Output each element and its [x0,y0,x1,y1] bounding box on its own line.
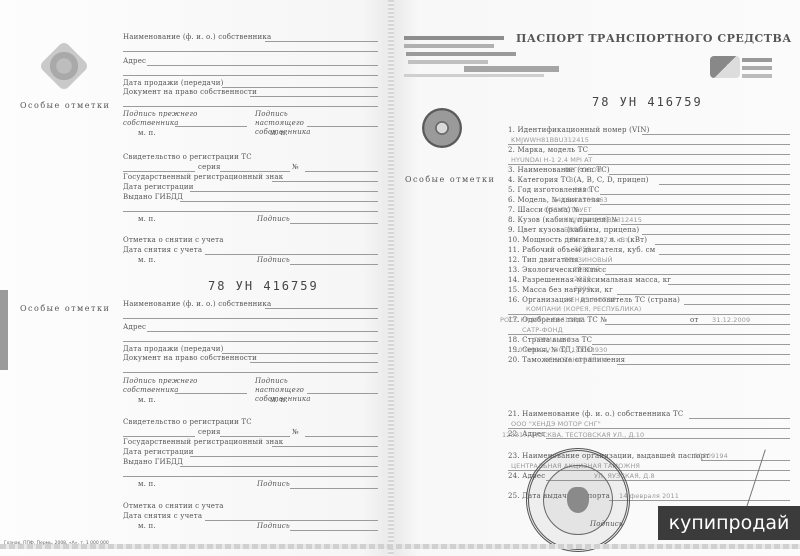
reg-date-label: Дата регистрации [123,448,194,456]
vehicle-field-label: 1. Идентификационный номер (VIN) [508,126,650,134]
ownership-doc-field[interactable] [250,362,378,363]
reg-cert-number-field[interactable] [305,436,378,437]
vehicle-field-value: ТРЕТИЙ [574,266,600,274]
vehicle-field-value: 2010 [574,186,591,194]
vehicle-field-line [642,234,790,235]
plate-field[interactable] [272,181,378,182]
ownership-doc-label: Документ на право собственности [123,354,257,362]
vehicle-field-line [600,204,790,205]
vehicle-field-value: НЕ УСТАНОВЛЕНЫ [544,356,607,364]
vehicle-field-line [642,134,790,135]
issued-by-label: Выдано ГИБДД [123,458,183,466]
sale-date-label: Дата продажи (передачи) [123,79,224,87]
address-field-line2[interactable] [123,341,378,342]
owner-name-field-line2[interactable] [123,51,378,52]
vehicle-field-value: ОТСУТСТВУЕТ [544,206,592,214]
vehicle-field-value: 2359 [574,245,591,253]
signature-label: Подпись [257,522,290,530]
vehicle-field-line [617,364,790,365]
vehicle-field-line [609,174,790,175]
vehicle-field-line [592,354,790,355]
vehicle-field-line [579,264,790,265]
watermark-logo: купипродай [658,506,800,540]
vehicle-field-line [508,428,790,429]
vehicle-field-value: 2930 [574,275,591,283]
issued-by-field[interactable] [180,466,378,467]
ownership-doc-label: Документ на право собственности [123,88,257,96]
signature-field[interactable] [290,488,378,489]
serial-number: 78 УН 416759 [592,95,703,109]
vehicle-field-value: B [569,176,574,184]
issued-by-field[interactable] [180,201,378,202]
deregistration-date-field[interactable] [205,520,378,521]
vehicle-field-value: HYUNDAI H-1 2.4 MPI AT [511,156,592,164]
reg-cert-label: Свидетельство о регистрации ТС [123,153,252,161]
vehicle-field-line [655,244,790,245]
deregistration-label: Отметка о снятии с учета [123,236,224,244]
owner-name-label: Наименование (ф. и. о.) собственника [123,300,271,308]
vehicle-field-line [609,500,790,501]
reg-cert-number-field[interactable] [305,171,378,172]
vehicle-field-value: РОСС KR.МТ02.Е06177/П [500,316,585,324]
sale-date-label: Дата продажи (передачи) [123,345,224,353]
reg-cert-series-pre[interactable] [123,436,195,437]
vehicle-field-line [701,460,790,461]
vehicle-field-line [508,314,790,315]
prev-owner-signature-field[interactable] [175,393,247,394]
signature-field[interactable] [290,264,378,265]
customs-stamp [526,448,630,552]
plate-label: Государственный регистрационный знак [123,173,283,181]
vehicle-field-value-line2: САТР-ФОНД [522,326,563,334]
prev-owner-signature-field[interactable] [175,126,247,127]
reg-cert-label: Свидетельство о регистрации ТС [123,418,252,426]
vehicle-field-value: БЕЛЫЙ [564,226,589,234]
vehicle-field-value: БЕНЗИНОВЫЙ [564,256,613,264]
document-title: ПАСПОРТ ТРАНСПОРТНОГО СРЕДСТВА [516,32,792,45]
plate-field[interactable] [272,446,378,447]
owner-name-label: Наименование (ф. и. о.) собственника [123,33,271,41]
reg-cert-series-field[interactable] [220,436,290,437]
vehicle-field-line [689,418,790,419]
ownership-doc-field-line2[interactable] [123,372,378,373]
vehicle-field-value: KMJWWH81BBU312415 [511,136,589,144]
vehicle-field-value: KMJWWH81BBU312415 [564,216,642,224]
issued-by-label: Выдано ГИБДД [123,193,183,201]
curr-owner-signature-field[interactable] [307,126,378,127]
series-label: серия [198,428,221,436]
vehicle-field-line [659,254,790,255]
vehicle-field-value: ГЕРМАНИЯ [534,336,571,344]
vehicle-field-value: ООО "ХЕНДЭ МОТОР СНГ" [511,420,601,428]
vehicle-field-line [621,224,790,225]
vehicle-field-line [592,344,790,345]
reg-date-field[interactable] [190,191,378,192]
vehicle-field-line [617,294,790,295]
owner-name-field-line2[interactable] [123,318,378,319]
deregistration-date-label: Дата снятия с учета [123,512,202,520]
reg-date-field[interactable] [190,456,378,457]
deregistration-label: Отметка о снятии с учета [123,502,224,510]
coat-of-arms-icon [567,487,589,513]
vehicle-field-value: 123317, МОСКВА, ТЕСТОВСКАЯ УЛ., Д.10 [502,431,644,439]
curr-owner-signature-field[interactable] [307,393,378,394]
left-page: Особые отметки Особые отметки Наименован… [0,0,394,556]
seal-label: м. п. [138,480,156,488]
seal-label: м. п. [138,215,156,223]
vehicle-field-line [659,184,790,185]
curr-owner-signature-label: Подпись настоящего собственника [255,377,335,404]
vehicle-field-value: 10009194 [694,452,728,460]
seal-label: м. п. [138,522,156,530]
special-notes-label: Особые отметки [405,175,495,184]
address-field[interactable] [147,65,378,66]
issued-by-field-line2[interactable] [123,211,378,212]
vehicle-field-value: 10009194/140211/0003930 [514,346,608,354]
ownership-doc-field-line2[interactable] [123,106,378,107]
vehicle-field-line [579,214,790,215]
vehicle-field-label: 21. Наименование (ф. и. о.) собственника… [508,410,683,418]
vehicle-field-line [605,274,790,275]
signature-label: Подпись [257,256,290,264]
emblem-icon [422,108,462,148]
vehicle-field-line [600,194,790,195]
signature-field[interactable] [290,223,378,224]
vehicle-field-line [684,304,790,305]
signature-label: Подпись [257,480,290,488]
owner-name-field[interactable] [265,308,378,309]
seal-label: м. п. [138,396,156,404]
vehicle-field-value: ЛЕГКОВОЙ [564,166,602,174]
reg-date-label: Дата регистрации [123,183,194,191]
signature-label: Подпись [257,215,290,223]
seal-label: м. п. [138,129,156,137]
vehicle-field-label: 2. Марка, модель ТС [508,146,588,154]
approval-date-value: 31.12.2009 [712,316,750,324]
special-notes-label: Особые отметки [20,101,110,110]
signature-label: Подпись [590,520,623,528]
series-label: серия [198,163,221,171]
vehicle-field-value: ХЕНДЭ МОТОР [566,296,616,304]
vehicle-field-line [588,154,790,155]
owner-name-field[interactable] [265,41,378,42]
address-field-line2[interactable] [123,75,378,76]
vehicle-field-line [508,334,790,335]
reg-cert-series-field[interactable] [220,171,290,172]
vehicle-field-value-line2: КОМПАНИ (КОРЕЯ, РЕСПУБЛИКА) [526,305,641,313]
vehicle-field-line [508,164,790,165]
serial-number: 78 УН 416759 [208,279,319,293]
special-notes-label: Особые отметки [20,304,110,313]
seal-label: м. п. [270,396,288,404]
plate-label: Государственный регистрационный знак [123,438,283,446]
curr-owner-signature-label: Подпись настоящего собственника [255,110,335,137]
vehicle-field-line [508,144,790,145]
deregistration-date-label: Дата снятия с учета [123,246,202,254]
page-edge [0,290,8,370]
rosette-ornament-icon [39,41,90,92]
vehicle-field-value: 174 л.с. 127.8 кВт. [566,236,631,244]
vehicle-field-label: 15. Масса без нагрузки, кг [508,286,613,294]
ownership-doc-field[interactable] [250,96,378,97]
issued-by-field-line2[interactable] [123,476,378,477]
vehicle-field-value: G4KG AA389463 [552,196,608,204]
approval-date-label: от [690,316,699,324]
vehicle-field-line [668,284,790,285]
footer-print-info: Гознак, ППФ, Пермь, 2008, «А», т. 1 000 … [4,541,109,546]
right-page: ПАСПОРТ ТРАНСПОРТНОГО СРЕДСТВА 78 УН 416… [394,0,800,556]
address-label: Адрес [123,323,146,331]
seal-label: м. п. [138,256,156,264]
address-field[interactable] [147,331,378,332]
number-label: № [292,428,299,436]
vehicle-field-label: 4. Категория ТС (A, B, C, D, прицеп) [508,176,649,184]
address-label: Адрес [123,57,146,65]
deregistration-date-field[interactable] [205,254,378,255]
vehicle-field-line [605,324,790,325]
vehicle-field-value: 2200 [574,285,591,293]
signature-field[interactable] [290,530,378,531]
seal-label: м. п. [270,129,288,137]
footer-strip [0,544,800,549]
reg-cert-series-pre[interactable] [123,171,195,172]
number-label: № [292,163,299,171]
